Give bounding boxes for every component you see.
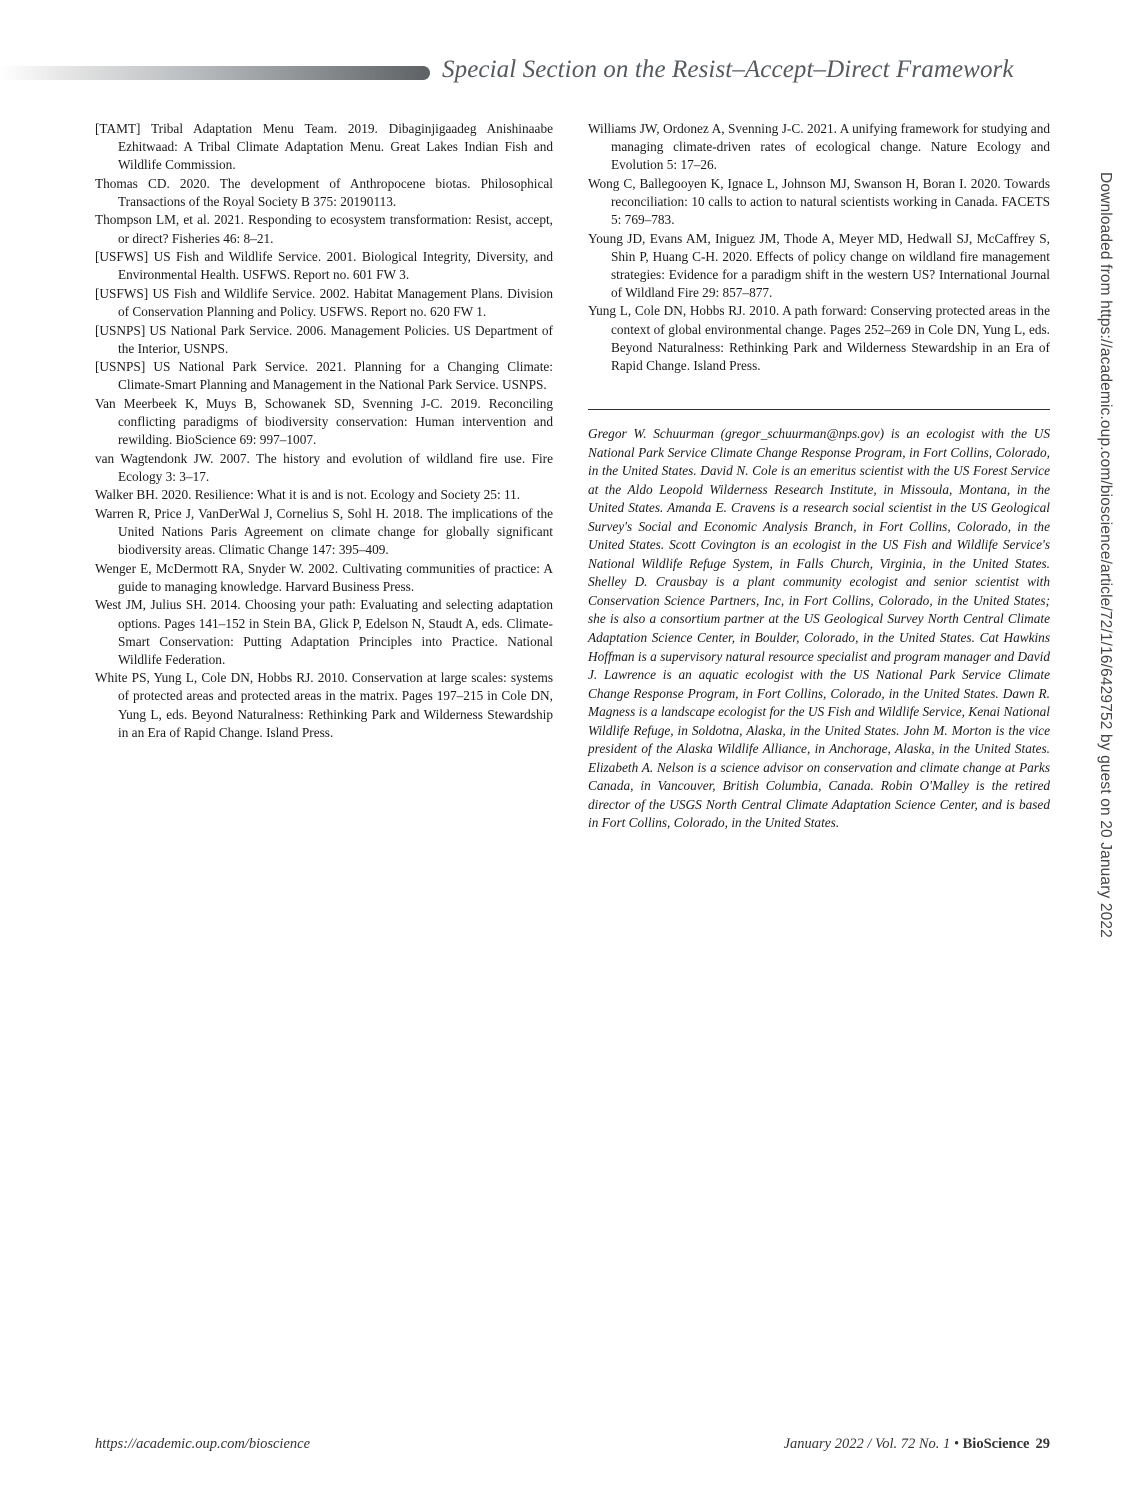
reference-item: [USNPS] US National Park Service. 2021. … [95,358,553,394]
reference-item: Yung L, Cole DN, Hobbs RJ. 2010. A path … [588,302,1050,374]
reference-item: [USNPS] US National Park Service. 2006. … [95,322,553,358]
page-number: 29 [1036,1436,1051,1452]
reference-item: White PS, Yung L, Cole DN, Hobbs RJ. 201… [95,669,553,741]
reference-item: [USFWS] US Fish and Wildlife Service. 20… [95,285,553,321]
reference-item: Van Meerbeek K, Muys B, Schowanek SD, Sv… [95,395,553,449]
reference-item: Young JD, Evans AM, Iniguez JM, Thode A,… [588,230,1050,302]
reference-item: [USFWS] US Fish and Wildlife Service. 20… [95,248,553,284]
footer-issue-info: January 2022 / Vol. 72 No. 1 • BioScienc… [784,1436,1050,1453]
reference-item: Williams JW, Ordonez A, Svenning J-C. 20… [588,120,1050,174]
footer-issue: January 2022 / Vol. 72 No. 1 • [784,1436,963,1452]
footer-journal: BioScience [963,1436,1030,1452]
reference-item: Thompson LM, et al. 2021. Responding to … [95,211,553,247]
reference-item: Thomas CD. 2020. The development of Anth… [95,175,553,211]
footer-url[interactable]: https://academic.oup.com/bioscience [95,1436,310,1453]
section-title: Special Section on the Resist–Accept–Dir… [442,56,1014,84]
reference-item: [TAMT] Tribal Adaptation Menu Team. 2019… [95,120,553,174]
references-left-column: [TAMT] Tribal Adaptation Menu Team. 2019… [95,120,553,742]
author-bios: Gregor W. Schuurman (gregor_schuurman@np… [588,425,1050,833]
download-watermark: Downloaded from https://academic.oup.com… [1096,172,1114,938]
bio-divider [588,409,1050,410]
reference-item: Wenger E, McDermott RA, Snyder W. 2002. … [95,560,553,596]
reference-item: van Wagtendonk JW. 2007. The history and… [95,450,553,486]
reference-item: Wong C, Ballegooyen K, Ignace L, Johnson… [588,175,1050,229]
reference-item: Warren R, Price J, VanDerWal J, Corneliu… [95,505,553,559]
references-right-column: Williams JW, Ordonez A, Svenning J-C. 20… [588,120,1050,375]
section-header-bar [0,66,430,80]
reference-item: West JM, Julius SH. 2014. Choosing your … [95,596,553,668]
reference-item: Walker BH. 2020. Resilience: What it is … [95,486,553,504]
